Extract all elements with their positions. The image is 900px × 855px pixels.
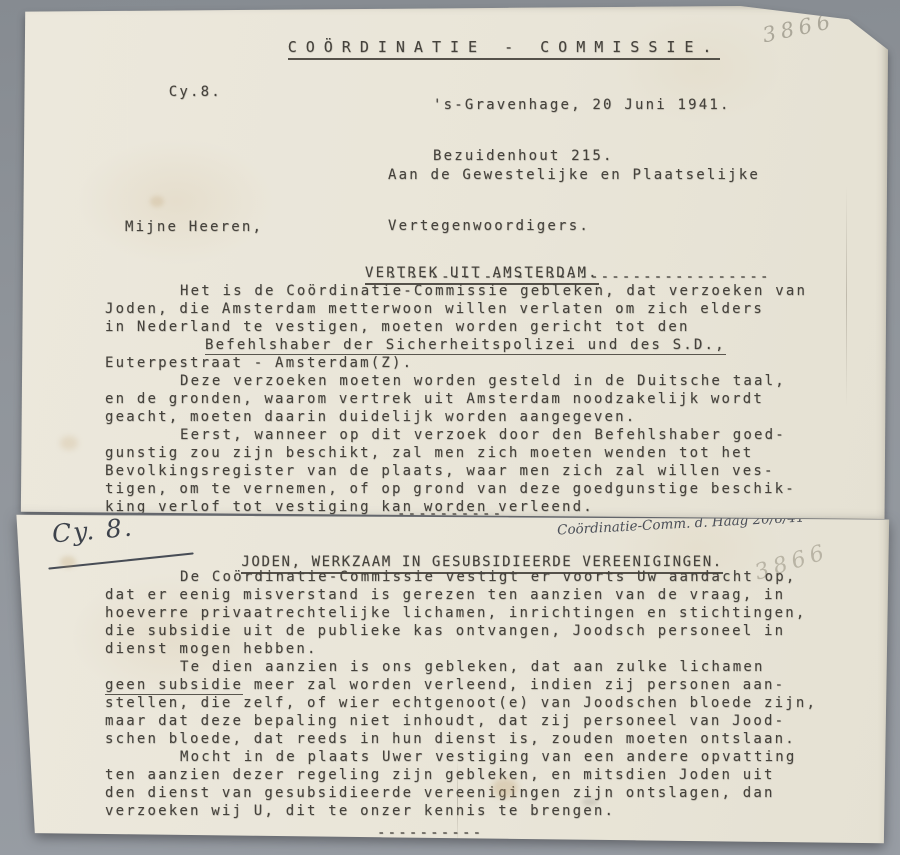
typed-line: den dienst van gesubsidieerde vereenigin…: [105, 784, 885, 802]
typed-line: Te dien aanzien is ons gebleken, dat aan…: [105, 658, 885, 676]
paper-crease: [457, 758, 458, 846]
lower-letter-sheet-wrap: Cy. 8. Coördinatie-Comm. d. Haag 20/6/41…: [0, 0, 900, 855]
typed-line: ten aanzien dezer regeling zijn gebleken…: [105, 766, 885, 784]
typed-line: hoeverre privaatrechtelijke lichamen, in…: [105, 604, 885, 622]
typed-line: verzoeken wij U, dit te onzer kennis te …: [105, 802, 885, 820]
scan-background: { "sheet1": { "title": "COÖRDINATIE - CO…: [0, 0, 900, 855]
typed-line: maar dat deze bepaling niet inhoudt, dat…: [105, 712, 885, 730]
body-text-sheet2: De Coördinatie-Commissie vestigt er voor…: [105, 568, 885, 820]
typed-line: stellen, die zelf, of wier echtgenoot(e)…: [105, 694, 885, 712]
typed-line: geen subsidie meer zal worden verleend, …: [105, 676, 885, 694]
typed-line: dat er eenig misverstand is gerezen ten …: [105, 586, 885, 604]
typed-line: De Coördinatie-Commissie vestigt er voor…: [105, 568, 885, 586]
lower-letter-sheet: Cy. 8. Coördinatie-Comm. d. Haag 20/6/41…: [12, 508, 890, 846]
typed-line: dienst mogen hebben.: [105, 640, 885, 658]
typed-line: schen bloede, dat reeds in hun dienst is…: [105, 730, 885, 748]
typed-line: die subsidie uit de publieke kas ontvang…: [105, 622, 885, 640]
copy-number-handwritten: Cy. 8.: [51, 512, 135, 548]
bottom-separator-dashes: ----------: [377, 825, 483, 841]
handwritten-annotation: Coördinatie-Comm. d. Haag 20/6/41: [557, 510, 805, 539]
typed-line: Mocht in de plaats Uwer vestiging van ee…: [105, 748, 885, 766]
